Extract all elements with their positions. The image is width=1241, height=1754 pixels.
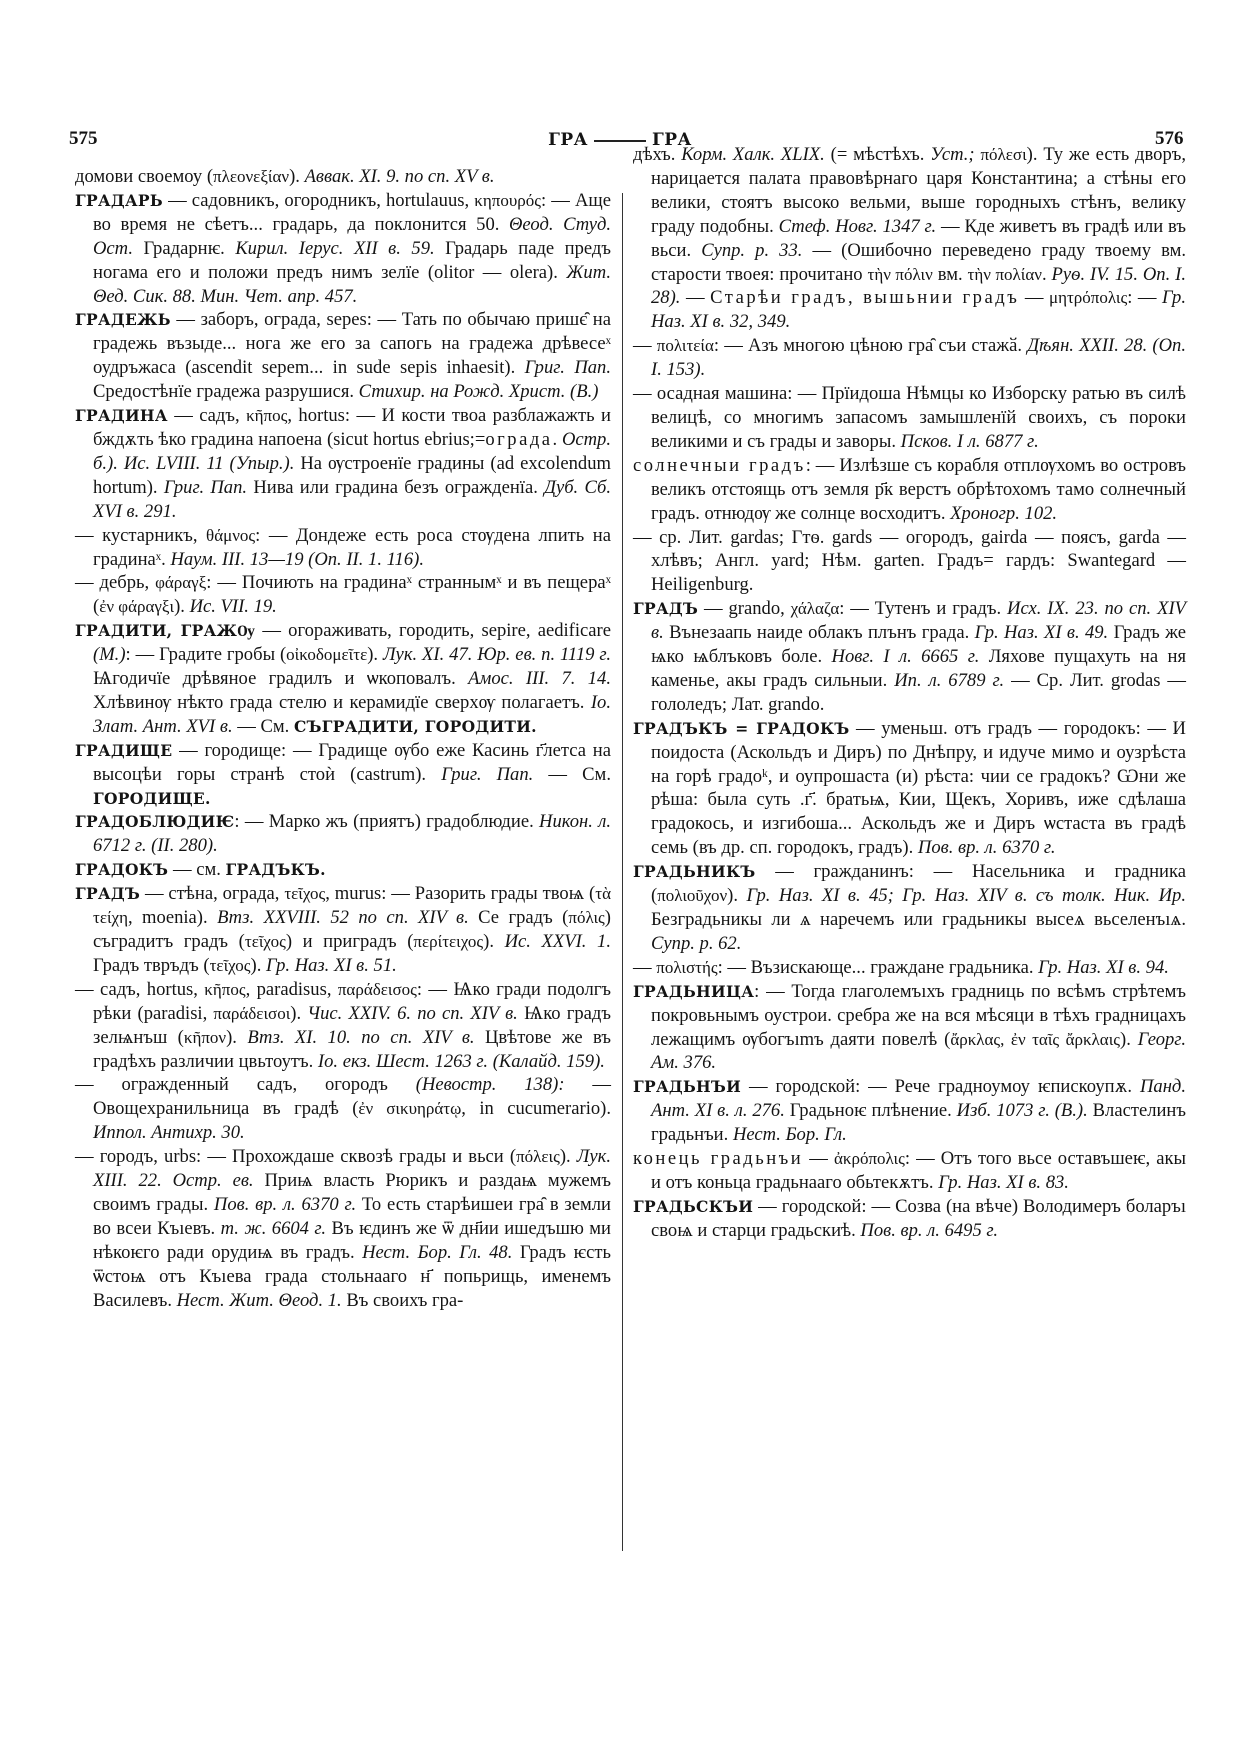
spaced-phrase: конець градьнъи bbox=[633, 1148, 803, 1169]
entry-text: — городъ, urbs: — Прохождаше сквозѣ град… bbox=[75, 1146, 516, 1167]
entry-text: : — Марко жъ (приятъ) градоблюдие. bbox=[234, 811, 539, 832]
headword: ГРАДОБЛЮДИѤ bbox=[75, 812, 234, 831]
greek-text: κηπουρός bbox=[474, 191, 541, 210]
source-citation: Пов. вр. л. 6370 г. bbox=[214, 1194, 356, 1215]
source-citation: Григ. Пап. bbox=[441, 764, 533, 785]
dictionary-entry: ГРАДЬНИКЪ — гражданинъ: — Насельника и г… bbox=[633, 860, 1186, 956]
entry-text: ). bbox=[727, 885, 746, 906]
entry-text: — садъ, bbox=[168, 405, 246, 426]
dictionary-entry: ГРАДЕЖЬ — заборъ, ограда, sepes: — Тать … bbox=[75, 308, 611, 404]
entry-text: , in cucumerario). bbox=[461, 1098, 611, 1119]
spaced-phrase: солнечныи градъ bbox=[633, 455, 806, 476]
spaced-phrase: Старѣи градъ, вышьнии градъ bbox=[710, 287, 1019, 308]
entry-text: ). bbox=[289, 166, 305, 187]
source-citation: Кирил. Iерус. XII в. 59. bbox=[235, 238, 434, 259]
entry-text: Безградьникы ли ѧ наречемъ или градьникы… bbox=[651, 909, 1186, 930]
source-citation: Гр. Наз. XI в. 51. bbox=[266, 955, 397, 976]
entry-text: : — Тутенъ и градъ. bbox=[839, 598, 1007, 619]
source-citation: Io. екз. Шест. 1263 г. (Калайд. 159). bbox=[318, 1051, 605, 1072]
entry-text: — grando, bbox=[698, 598, 791, 619]
entry-text: — садъ, hortus, bbox=[75, 979, 204, 1000]
entry-text: — См. bbox=[233, 716, 294, 737]
headword: ГРАДЪКЪ. bbox=[226, 860, 326, 879]
greek-text: πολιτεία bbox=[657, 336, 714, 355]
dictionary-entry: ГРАДОБЛЮДИѤ: — Марко жъ (приятъ) градобл… bbox=[75, 810, 611, 858]
entry-text: — ср. Лит. gardas; Гтѳ. gards — огородъ,… bbox=[633, 527, 1186, 596]
headword: ГРАДОКЪ bbox=[75, 860, 168, 879]
greek-text: παράδεισος bbox=[338, 980, 417, 999]
dictionary-entry: дѣхъ. Корм. Халк. XLIX. (= мѣстѣхъ. Уст.… bbox=[633, 143, 1186, 334]
source-citation: Иппол. Антихр. 30. bbox=[93, 1122, 245, 1143]
headword: ГРАДЪКЪ = ГРАДОКЪ bbox=[633, 719, 849, 738]
entry-text: вм. bbox=[933, 264, 968, 285]
greek-text: ἐν σικυηράτῳ bbox=[358, 1099, 461, 1118]
entry-text: ). bbox=[251, 955, 267, 976]
dictionary-entry: солнечныи градъ: — Излѣзше съ корабля от… bbox=[633, 454, 1186, 526]
dictionary-entry: ГРАДЪ — grando, χάλαζα: — Тутенъ и градъ… bbox=[633, 597, 1186, 717]
entry-text: Градарнѥ. bbox=[133, 238, 235, 259]
source-citation: Пов. вр. л. 6495 г. bbox=[860, 1220, 998, 1241]
greek-text: ἐν φάραγξι bbox=[99, 597, 174, 616]
spaced-phrase: ограда bbox=[485, 429, 552, 450]
dictionary-entry: ГРАДЪ — стѣна, ограда, τεῖχος, murus: — … bbox=[75, 882, 611, 978]
dictionary-entry: — πολιτεία: — Азъ многою цѣною гра̑ съи … bbox=[633, 334, 1186, 382]
headword: ГОРОДИЩЕ. bbox=[93, 789, 211, 808]
dictionary-entry: — дебрь, φάραγξ: — Почиють на градинаˣ с… bbox=[75, 571, 611, 619]
source-citation: т. ж. 6604 г. bbox=[221, 1218, 326, 1239]
source-citation: Корм. Халк. XLIX. bbox=[681, 144, 825, 165]
source-citation: Лук. XI. 47. Юр. ев. п. 1119 г. bbox=[383, 644, 611, 665]
column-divider bbox=[622, 193, 623, 1551]
entry-text: Градьноѥ плѣнение. bbox=[785, 1100, 957, 1121]
running-head-left: ГРА bbox=[548, 130, 588, 150]
entry-text: , paradisus, bbox=[246, 979, 338, 1000]
entry-text: Нива или градина безъ огражденїа. bbox=[247, 477, 544, 498]
entry-text: — bbox=[680, 287, 710, 308]
entry-text: ). bbox=[174, 596, 190, 617]
greek-text: κῆπον bbox=[184, 1028, 226, 1047]
source-citation: Гр. Наз. XI в. 94. bbox=[1038, 957, 1169, 978]
dictionary-entry: — ср. Лит. gardas; Гтѳ. gards — огородъ,… bbox=[633, 526, 1186, 598]
source-citation: Ип. л. 6789 г. bbox=[894, 670, 1004, 691]
source-citation: Пов. вр. л. 6370 г. bbox=[918, 837, 1056, 858]
source-citation: (Невостр. 138): bbox=[416, 1074, 565, 1095]
running-head-rule bbox=[594, 140, 646, 142]
source-citation: Ис. XXVI. 1. bbox=[505, 931, 611, 952]
source-citation: Супр. р. 33. bbox=[701, 240, 802, 261]
source-citation: Супр. р. 62. bbox=[651, 933, 741, 954]
entry-text: Хлѣвинѹ нѣкто града стелю и керамидїе св… bbox=[93, 692, 591, 713]
greek-text: κῆπος bbox=[204, 980, 245, 999]
greek-text: τεῖχος bbox=[245, 932, 286, 951]
headword: ГРАДЕЖЬ bbox=[75, 310, 171, 329]
source-citation: Амос. III. 7. 14. bbox=[468, 668, 611, 689]
headword: ГРАДЬСКЪИ bbox=[633, 1197, 753, 1216]
headword: ГРАДЬНЪИ bbox=[633, 1077, 741, 1096]
entry-text: — bbox=[633, 335, 657, 356]
entry-text: Се градъ ( bbox=[469, 907, 569, 928]
greek-text: τεῖχος bbox=[210, 956, 251, 975]
entry-text: — bbox=[1019, 287, 1049, 308]
greek-text: περίτειχος bbox=[413, 932, 483, 951]
entry-text: ) и приградъ ( bbox=[286, 931, 414, 952]
source-citation: Нест. Жит. Θеод. 1. bbox=[177, 1290, 342, 1311]
entry-text: ). bbox=[483, 931, 504, 952]
greek-text: πλεονεξίαν bbox=[213, 167, 289, 186]
entry-text: , moenia). bbox=[128, 907, 217, 928]
dictionary-entry: — садъ, hortus, κῆπος, paradisus, παράδε… bbox=[75, 978, 611, 1074]
entry-text: — См. bbox=[533, 764, 611, 785]
dictionary-entry: — πολιστής: — Възискающе... граждане гра… bbox=[633, 956, 1186, 980]
entry-text: ). bbox=[1120, 1029, 1138, 1050]
entry-text: Вънезаапь наиде облакъ плънъ града. bbox=[664, 622, 975, 643]
dictionary-entry: — осадная машина: — Прїидоша Нѣмцы ко Из… bbox=[633, 382, 1186, 454]
greek-text: πόλεσι bbox=[980, 145, 1026, 164]
dictionary-entry: ГРАДЬНЪИ — городской: — Рече градноумоу … bbox=[633, 1075, 1186, 1147]
greek-text: τὴν πόλιν bbox=[868, 265, 933, 284]
dictionary-entry: ГРАДАРЬ — садовникъ, огородникъ, hortula… bbox=[75, 189, 611, 309]
entry-text: — огораживать, городить, sepire, aedific… bbox=[255, 620, 611, 641]
entry-text: . bbox=[1042, 264, 1052, 285]
headword: ГРАДЬНИЦА bbox=[633, 982, 754, 1001]
source-citation: (М.) bbox=[93, 644, 126, 665]
source-citation: Уст.; bbox=[930, 144, 974, 165]
entry-text: Ѩгодичїе дрѣвяное градилъ и ѡкоповалъ. bbox=[93, 668, 468, 689]
source-citation: Стеф. Новг. 1347 г. bbox=[779, 216, 937, 237]
dictionary-entry: — городъ, urbs: — Прохождаше сквозѣ град… bbox=[75, 1145, 611, 1312]
headword: ГРАДИТИ, ГРАЖѸ bbox=[75, 621, 255, 640]
entry-text: ). bbox=[290, 1003, 307, 1024]
entry-text: ). bbox=[367, 644, 383, 665]
entry-text: — городской: — Рече градноумоу ѥпискоупѫ… bbox=[741, 1076, 1140, 1097]
source-citation: Хроногр. 102. bbox=[950, 503, 1057, 524]
headword: ГРАДЬНИКЪ bbox=[633, 862, 755, 881]
entry-text: — кустарникъ, bbox=[75, 525, 206, 546]
dictionary-entry: ГРАДЪКЪ = ГРАДОКЪ — уменьш. отъ градъ — … bbox=[633, 717, 1186, 860]
entry-text: — bbox=[803, 1148, 834, 1169]
greek-text: φάραγξ bbox=[155, 573, 206, 592]
entry-text: , murus: — Разорить грады твоѩ ( bbox=[325, 883, 595, 904]
greek-text: χάλαζα bbox=[791, 599, 840, 618]
source-citation: Гр. Наз. XI в. 83. bbox=[938, 1172, 1069, 1193]
headword: ГРАДИНА bbox=[75, 406, 168, 425]
source-citation: Гр. Наз. XI в. 45; Гр. Наз. XIV в. съ то… bbox=[746, 885, 1186, 906]
entry-text: : — Градите гробы ( bbox=[126, 644, 287, 665]
dictionary-entry: ГРАДЬНИЦА: — Тогда глаголемъıхъ градниць… bbox=[633, 980, 1186, 1076]
entry-text: Средостѣнїе градежа разрушися. bbox=[93, 381, 359, 402]
dictionary-entry: ГРАДЬСКЪИ — городской: — Созва (на вѣче)… bbox=[633, 1195, 1186, 1243]
source-citation: Аввак. XI. 9. по сп. XV в. bbox=[305, 166, 495, 187]
entry-text: — стѣна, ограда, bbox=[140, 883, 284, 904]
source-citation: Новг. I л. 6665 г. bbox=[832, 646, 980, 667]
headword: ГРАДИЩЕ bbox=[75, 741, 172, 760]
greek-text: οἰκοδομεῖτε bbox=[286, 645, 367, 664]
source-citation: Гр. Наз. XI в. 49. bbox=[975, 622, 1109, 643]
source-citation: Наум. III. 13—19 (Оп. II. 1. 116). bbox=[170, 549, 424, 570]
entry-text: — садовникъ, огородникъ, hortulauus, bbox=[163, 190, 474, 211]
greek-text: θάμνος bbox=[206, 526, 255, 545]
entry-text: . bbox=[553, 429, 562, 450]
headword: ГРАДЪ bbox=[633, 599, 698, 618]
source-citation: Григ. Пап. bbox=[164, 477, 247, 498]
left-column: домови своемоу (πλεονεξίαν). Аввак. XI. … bbox=[75, 165, 611, 1313]
dictionary-entry: — кустарникъ, θάμνος: — Дондеже есть рос… bbox=[75, 524, 611, 572]
source-citation: Ис. VII. 19. bbox=[190, 596, 277, 617]
entry-text: : — Възискающе... граждане градьника. bbox=[718, 957, 1039, 978]
right-column: дѣхъ. Корм. Халк. XLIX. (= мѣстѣхъ. Уст.… bbox=[633, 143, 1186, 1243]
greek-text: πόλις bbox=[568, 908, 604, 927]
dictionary-entry: ГРАДИЩЕ — городище: — Градище ѹбо еже Ка… bbox=[75, 739, 611, 811]
greek-text: πολιοῦχον bbox=[657, 886, 727, 905]
headword: СЪГРАДИТИ, ГОРОДИТИ. bbox=[294, 717, 537, 736]
source-citation: Стихир. на Рожд. Христ. (В.) bbox=[359, 381, 599, 402]
greek-text: τεῖχος bbox=[284, 884, 325, 903]
greek-text: ἀκρόπολις bbox=[834, 1149, 905, 1168]
greek-text: ἄρκλας, ἐν ταῖς ἄρκλαις bbox=[950, 1030, 1120, 1049]
source-citation: Втз. XI. 10. по сп. XIV в. bbox=[247, 1027, 474, 1048]
greek-text: παράδεισοι bbox=[213, 1004, 290, 1023]
source-citation: Григ. Пап. bbox=[525, 357, 611, 378]
source-citation: Псков. I л. 6877 г. bbox=[901, 431, 1039, 452]
entry-text: Градъ твръдъ ( bbox=[93, 955, 210, 976]
dictionary-entry: ГРАДИНА — садъ, κῆπος, hortus: — И кости… bbox=[75, 404, 611, 524]
greek-text: κῆπος bbox=[246, 406, 287, 425]
entry-text: — дебрь, bbox=[75, 572, 155, 593]
entry-text: — см. bbox=[168, 859, 225, 880]
entry-text: Въ своихъ гра- bbox=[342, 1290, 464, 1311]
entry-text: ). bbox=[226, 1027, 247, 1048]
source-citation: Чис. XXIV. 6. по сп. XIV в. bbox=[307, 1003, 518, 1024]
headword: ГРАДЪ bbox=[75, 884, 140, 903]
entry-text: : — bbox=[1127, 287, 1162, 308]
source-citation: Изб. 1073 г. (В.). bbox=[957, 1100, 1088, 1121]
dictionary-entry: конець градьнъи — ἀκρόπολις: — Отъ того … bbox=[633, 1147, 1186, 1195]
entry-text: — bbox=[633, 957, 656, 978]
dictionary-entry: домови своемоу (πλεονεξίαν). Аввак. XI. … bbox=[75, 165, 611, 189]
entry-text: домови своемоу ( bbox=[75, 166, 213, 187]
greek-text: πολιστής bbox=[656, 958, 717, 977]
source-citation: Втз. XXVIII. 52 по сп. XIV в. bbox=[217, 907, 469, 928]
dictionary-entry: ГРАДОКЪ — см. ГРАДЪКЪ. bbox=[75, 858, 611, 882]
dictionary-entry: ГРАДИТИ, ГРАЖѸ — огораживать, городить, … bbox=[75, 619, 611, 739]
page-number-left: 575 bbox=[69, 128, 98, 150]
entry-text: : — Азъ многою цѣною гра̑ съи стажӑ. bbox=[714, 335, 1027, 356]
greek-text: μητρόπολις bbox=[1049, 288, 1127, 307]
headword: ГРАДАРЬ bbox=[75, 191, 163, 210]
source-citation: Нест. Бор. Гл. bbox=[733, 1124, 847, 1145]
greek-text: τὴν πολίαν bbox=[968, 265, 1042, 284]
dictionary-entry: — огражденный садъ, огородъ (Невостр. 13… bbox=[75, 1073, 611, 1145]
entry-text: — огражденный садъ, огородъ bbox=[75, 1074, 416, 1095]
greek-text: πόλεις bbox=[516, 1147, 560, 1166]
source-citation: Нест. Бор. Гл. 48. bbox=[362, 1242, 512, 1263]
entry-text: дѣхъ. bbox=[633, 144, 681, 165]
entry-text: ). bbox=[560, 1146, 577, 1167]
entry-text: (= мѣстѣхъ. bbox=[825, 144, 930, 165]
